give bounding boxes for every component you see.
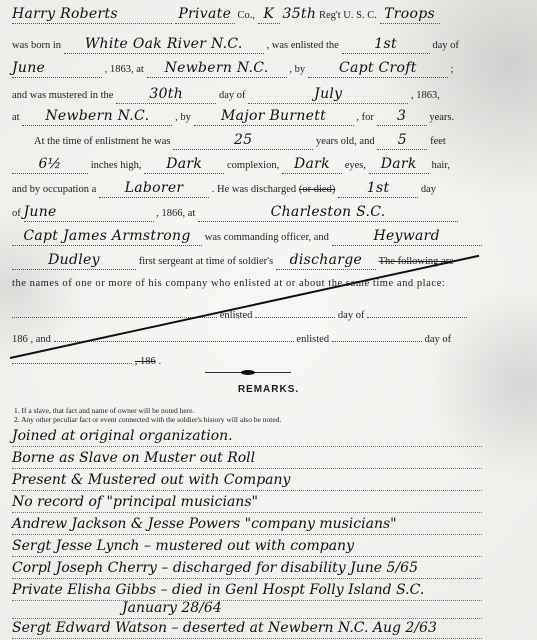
hair-label: hair, — [432, 160, 451, 171]
hair: Dark — [369, 156, 429, 174]
remarks-notes: 1. If a slave, that fact and name of own… — [14, 406, 281, 424]
discharge-line: of June , 1866, at Charleston S.C. — [12, 204, 497, 222]
reg-label: Reg't U. S. C. — [319, 10, 377, 21]
or-died-struck: (or died) — [299, 184, 335, 195]
by-label: , by — [289, 64, 305, 75]
age-label: At the time of enlistment he was — [34, 136, 170, 147]
remark-entry: Joined at original organization. — [12, 426, 482, 447]
first-sergeant-first-name: Heyward — [332, 228, 482, 246]
discharge-month: June — [24, 204, 154, 222]
soldier-event: discharge — [276, 252, 376, 270]
discharged-label: . He was discharged — [212, 184, 296, 195]
enlisted-day: 1st — [342, 36, 430, 54]
year-label: , 1863, at — [105, 64, 144, 75]
remark-entry: January 28/64 — [12, 598, 482, 619]
header-line: Harry Roberts Private Co., K 35th Reg't … — [12, 6, 497, 24]
names-intro-line: the names of one or more of his company … — [12, 276, 497, 291]
eyes-label: eyes, — [345, 160, 366, 171]
enlistment-line: June , 1863, at Newbern N.C. , by Capt C… — [12, 60, 497, 78]
remark-entry: Borne as Slave on Muster out Roll — [12, 448, 482, 469]
description-line: 6½ inches high, Dark complexion, Dark ey… — [12, 156, 497, 174]
commanding-officer: Capt James Armstrong — [12, 228, 202, 246]
company: K — [258, 6, 280, 24]
of-label: of — [12, 208, 21, 219]
year-label: , 1866, at — [156, 208, 195, 219]
by-label: , by — [175, 112, 191, 123]
comrade-day-blank — [332, 324, 422, 342]
semicolon: ; — [451, 64, 454, 75]
enlisted-month: June — [12, 60, 102, 78]
year-label: , 1863, — [411, 90, 440, 101]
co-label: Co., — [238, 10, 256, 21]
day-of-label: day of — [219, 90, 246, 101]
eyes: Dark — [282, 156, 342, 174]
day-of-label: day of — [338, 310, 365, 321]
rank: Private — [175, 6, 235, 24]
and-label: , and — [31, 334, 51, 345]
born-label: was born in — [12, 40, 61, 51]
complexion: Dark — [144, 156, 224, 174]
birthplace: White Oak River N.C. — [64, 36, 264, 54]
comrade-month-blank — [12, 346, 132, 364]
note-1: 1. If a slave, that fact and name of own… — [14, 406, 281, 415]
complexion-label: complexion, — [227, 160, 279, 171]
enlisted-label: , was enlisted the — [267, 40, 339, 51]
age-line: At the time of enlistment he was 25 year… — [34, 132, 497, 150]
at-label: at — [12, 112, 20, 123]
year-label: 186 — [12, 334, 28, 345]
comrade-name-blank — [12, 300, 217, 318]
note-2: 2. Any other peculiar fact or event conn… — [14, 415, 281, 424]
remark-entry: Andrew Jackson & Jesse Powers "company m… — [12, 514, 482, 535]
mustered-label: and was mustered in the — [12, 90, 113, 101]
comrade-month-blank — [367, 300, 467, 318]
for-label: , for — [356, 112, 374, 123]
years-label: years. — [429, 112, 454, 123]
enlisted-label: enlisted — [296, 334, 329, 345]
commanding-officer-label: was commanding officer, and — [205, 232, 329, 243]
occupation: Laborer — [99, 180, 209, 198]
remark-entry: No record of "principal musicians" — [12, 492, 482, 513]
service-record-card: Harry Roberts Private Co., K 35th Reg't … — [0, 0, 537, 640]
muster-officer: Major Burnett — [194, 108, 354, 126]
day-label: day — [421, 184, 436, 195]
birth-line: was born in White Oak River N.C. , was e… — [12, 36, 497, 54]
inches-label: inches high, — [91, 160, 142, 171]
occupation-label: and by occupation a — [12, 184, 96, 195]
years-old-label: years old, and — [316, 136, 375, 147]
remarks-title: REMARKS. — [0, 384, 537, 395]
term: 3 — [377, 108, 427, 126]
ornament-divider — [205, 372, 291, 373]
soldier-name: Harry Roberts — [12, 6, 172, 24]
height-inches: 6½ — [12, 156, 88, 174]
branch: Troops — [380, 6, 440, 24]
remark-entry: Corpl Joseph Cherry – discharged for dis… — [12, 558, 482, 579]
muster-month: July — [248, 86, 408, 104]
officer-line: Capt James Armstrong was commanding offi… — [12, 228, 497, 246]
discharge-day: 1st — [338, 180, 418, 198]
first-sergeant-last-name: Dudley — [12, 252, 136, 270]
discharge-place: Charleston S.C. — [198, 204, 458, 222]
period: . — [159, 356, 162, 367]
remark-entry: Present & Mustered out with Company — [12, 470, 482, 491]
comrade-line-3: , 186 . — [12, 346, 497, 369]
remark-entry: Sergt Jesse Lynch – mustered out with co… — [12, 536, 482, 557]
day-of-label: day of — [432, 40, 459, 51]
muster-line: and was mustered in the 30th day of July… — [12, 86, 497, 104]
regiment: 35th — [283, 6, 317, 22]
sergeant-label: first sergeant at time of soldier's — [139, 256, 273, 267]
muster-day: 30th — [116, 86, 216, 104]
remark-entry: Sergt Edward Watson – deserted at Newber… — [12, 618, 482, 639]
enlisted-place: Newbern N.C. — [147, 60, 287, 78]
names-intro: the names of one or more of his company … — [12, 278, 445, 289]
muster-place-line: at Newbern N.C. , by Major Burnett , for… — [12, 108, 497, 126]
muster-place: Newbern N.C. — [22, 108, 172, 126]
occupation-line: and by occupation a Laborer . He was dis… — [12, 180, 497, 198]
day-of-label: day of — [425, 334, 452, 345]
enlisted-by: Capt Croft — [308, 60, 448, 78]
age: 25 — [173, 132, 313, 150]
height-feet: 5 — [377, 132, 427, 150]
comrade-day-blank — [255, 300, 335, 318]
year-label-struck: , 186 — [135, 356, 156, 367]
feet-label: feet — [430, 136, 446, 147]
comrade-line-2: 186 , and enlisted day of — [12, 324, 497, 347]
